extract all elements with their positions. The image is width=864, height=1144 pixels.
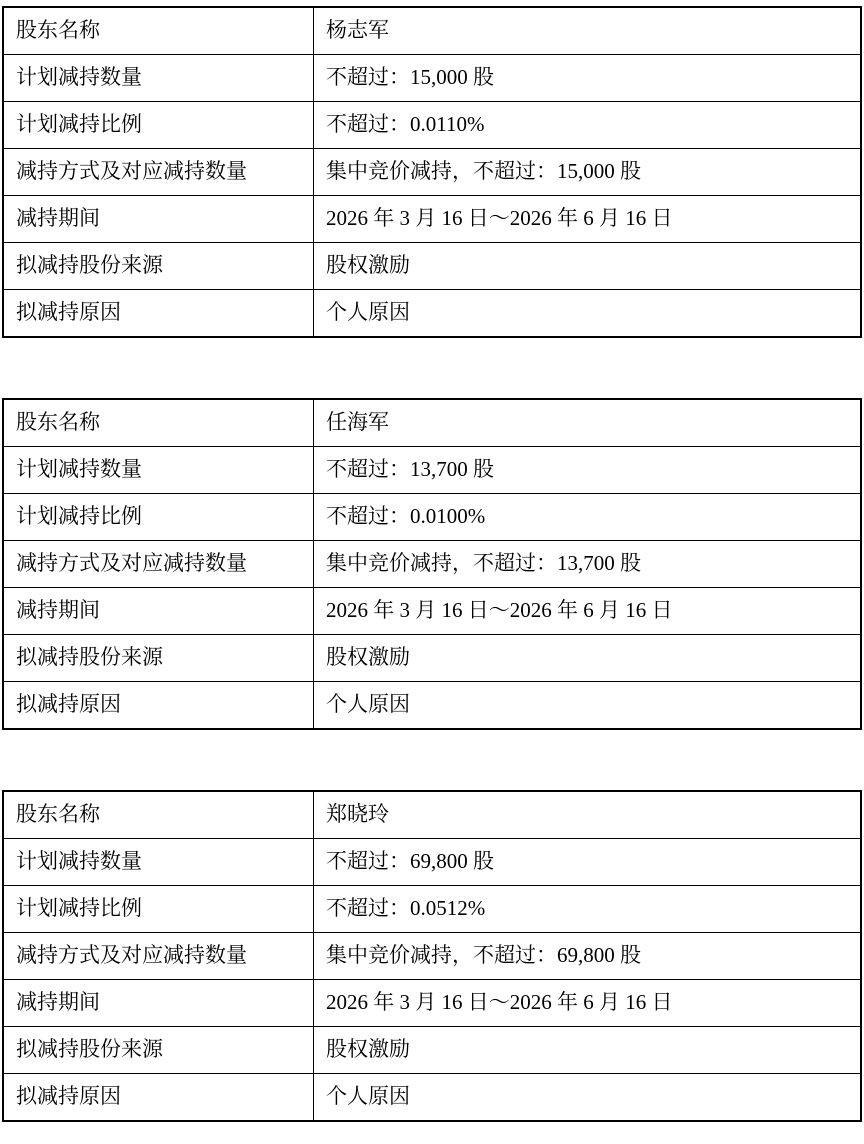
row-value: 不超过：0.0512% (314, 886, 862, 933)
row-value: 股权激励 (314, 1027, 862, 1074)
table-row: 计划减持数量不超过：15,000 股 (3, 55, 861, 102)
table-row: 计划减持比例不超过：0.0110% (3, 102, 861, 149)
row-value: 2026 年 3 月 16 日～2026 年 6 月 16 日 (314, 196, 862, 243)
row-value: 股权激励 (314, 635, 862, 682)
table-row: 股东名称杨志军 (3, 7, 861, 55)
row-value: 股权激励 (314, 243, 862, 290)
row-label: 计划减持比例 (3, 494, 314, 541)
row-label: 股东名称 (3, 399, 314, 447)
row-label: 减持方式及对应减持数量 (3, 541, 314, 588)
table-row: 减持方式及对应减持数量集中竞价减持，不超过：13,700 股 (3, 541, 861, 588)
row-value: 任海军 (314, 399, 862, 447)
row-value: 个人原因 (314, 682, 862, 730)
row-label: 计划减持比例 (3, 886, 314, 933)
table-row: 拟减持股份来源股权激励 (3, 243, 861, 290)
row-value: 个人原因 (314, 1074, 862, 1122)
row-label: 减持方式及对应减持数量 (3, 933, 314, 980)
table-row: 计划减持比例不超过：0.0512% (3, 886, 861, 933)
table-row: 减持方式及对应减持数量集中竞价减持，不超过：69,800 股 (3, 933, 861, 980)
table-row: 拟减持原因个人原因 (3, 682, 861, 730)
row-label: 股东名称 (3, 7, 314, 55)
row-label: 计划减持数量 (3, 839, 314, 886)
row-value: 个人原因 (314, 290, 862, 338)
table-row: 拟减持原因个人原因 (3, 290, 861, 338)
row-value: 不超过：0.0100% (314, 494, 862, 541)
table-row: 股东名称郑晓玲 (3, 791, 861, 839)
reduction-table-3: 股东名称郑晓玲计划减持数量不超过：69,800 股计划减持比例不超过：0.051… (2, 790, 862, 1122)
row-label: 计划减持数量 (3, 55, 314, 102)
table-row: 拟减持股份来源股权激励 (3, 635, 861, 682)
table-row: 计划减持数量不超过：69,800 股 (3, 839, 861, 886)
table-row: 拟减持股份来源股权激励 (3, 1027, 861, 1074)
row-value: 不超过：0.0110% (314, 102, 862, 149)
row-label: 减持方式及对应减持数量 (3, 149, 314, 196)
row-label: 拟减持股份来源 (3, 635, 314, 682)
row-label: 股东名称 (3, 791, 314, 839)
row-value: 杨志军 (314, 7, 862, 55)
row-value: 2026 年 3 月 16 日～2026 年 6 月 16 日 (314, 980, 862, 1027)
reduction-table-2: 股东名称任海军计划减持数量不超过：13,700 股计划减持比例不超过：0.010… (2, 398, 862, 730)
row-label: 计划减持数量 (3, 447, 314, 494)
row-label: 减持期间 (3, 980, 314, 1027)
table-row: 减持期间2026 年 3 月 16 日～2026 年 6 月 16 日 (3, 980, 861, 1027)
row-label: 拟减持原因 (3, 1074, 314, 1122)
table-row: 计划减持比例不超过：0.0100% (3, 494, 861, 541)
row-label: 拟减持股份来源 (3, 243, 314, 290)
row-value: 集中竞价减持，不超过：69,800 股 (314, 933, 862, 980)
row-label: 减持期间 (3, 196, 314, 243)
row-value: 不超过：15,000 股 (314, 55, 862, 102)
document-page: 股东名称杨志军计划减持数量不超过：15,000 股计划减持比例不超过：0.011… (0, 0, 864, 1122)
row-value: 不超过：69,800 股 (314, 839, 862, 886)
row-value: 郑晓玲 (314, 791, 862, 839)
row-value: 2026 年 3 月 16 日～2026 年 6 月 16 日 (314, 588, 862, 635)
row-label: 拟减持原因 (3, 290, 314, 338)
table-row: 股东名称任海军 (3, 399, 861, 447)
table-row: 拟减持原因个人原因 (3, 1074, 861, 1122)
row-value: 集中竞价减持，不超过：15,000 股 (314, 149, 862, 196)
table-row: 计划减持数量不超过：13,700 股 (3, 447, 861, 494)
table-row: 减持期间2026 年 3 月 16 日～2026 年 6 月 16 日 (3, 196, 861, 243)
row-value: 集中竞价减持，不超过：13,700 股 (314, 541, 862, 588)
row-label: 拟减持原因 (3, 682, 314, 730)
row-value: 不超过：13,700 股 (314, 447, 862, 494)
table-row: 减持期间2026 年 3 月 16 日～2026 年 6 月 16 日 (3, 588, 861, 635)
table-row: 减持方式及对应减持数量集中竞价减持，不超过：15,000 股 (3, 149, 861, 196)
row-label: 计划减持比例 (3, 102, 314, 149)
row-label: 减持期间 (3, 588, 314, 635)
reduction-table-1: 股东名称杨志军计划减持数量不超过：15,000 股计划减持比例不超过：0.011… (2, 6, 862, 338)
row-label: 拟减持股份来源 (3, 1027, 314, 1074)
